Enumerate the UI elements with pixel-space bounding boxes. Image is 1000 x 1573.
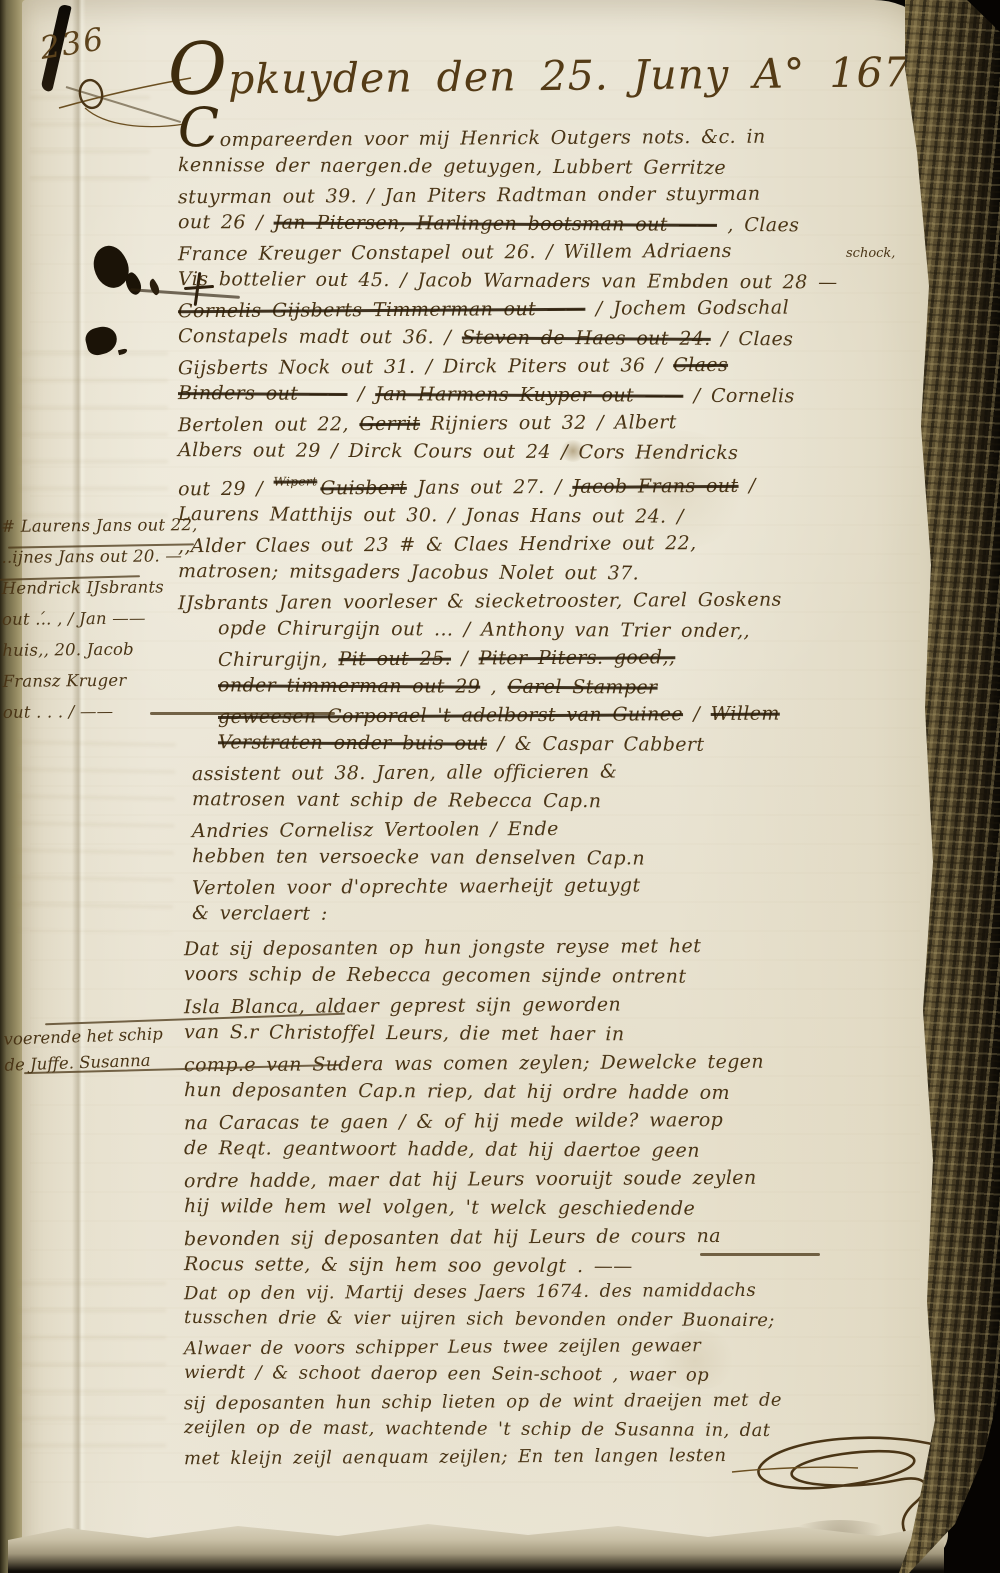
manuscript-text: met kleijn zeijl aenquam zeijlen; En ten… xyxy=(184,1445,727,1469)
manuscript-line: Binders out —— / Jan Harmens Kuyper out … xyxy=(178,379,918,411)
manuscript-text: Andries Cornelisz Vertoolen / Ende xyxy=(192,818,559,842)
manuscript-line: Dat op den vij. Martij deses Jaers 1674.… xyxy=(184,1276,940,1308)
deed-heading: Opkuyden den 25. Juny A° 1674. xyxy=(168,48,928,104)
manuscript-text: de Reqt. geantwoort hadde, dat hij daert… xyxy=(184,1137,700,1162)
margin-note: huis,, 20. Jacob xyxy=(2,633,199,666)
manuscript-text: hij wilde hem wel volgen, 't welck gesch… xyxy=(184,1195,695,1220)
manuscript-line: assistent out 38. Jaren, alle officieren… xyxy=(178,756,918,789)
manuscript-text: Constapels madt out 36. / xyxy=(178,325,462,348)
manuscript-text: Laurens Matthijs out 30. / Jonas Hans ou… xyxy=(178,503,684,528)
manuscript-text: zeijlen op de mast, wachtende 't schip d… xyxy=(184,1417,771,1441)
manuscript-text: / xyxy=(451,647,479,669)
struck-text: Pit out 25. xyxy=(338,648,451,671)
manuscript-text: / xyxy=(738,475,755,497)
manuscript-text: Isla Blanca, aldaer geprest sijn geworde… xyxy=(184,994,621,1019)
manuscript-text: Chirurgijn, xyxy=(218,648,339,671)
manuscript-line: opde Chirurgijn out ... / Anthony van Tr… xyxy=(178,614,918,646)
struck-text: Jan Pitersen, Harlingen bootsman out —— xyxy=(274,211,718,235)
manuscript-text: / & Caspar Cabbert xyxy=(487,732,705,755)
struck-text: Verstraten onder buis out xyxy=(218,731,487,754)
manuscript-line: bevonden sij deposanten dat hij Leurs de… xyxy=(184,1221,924,1255)
manuscript-line: Compareerden voor mij Henrick Outgers no… xyxy=(178,122,918,155)
manuscript-line: hij wilde hem wel volgen, 't welck gesch… xyxy=(184,1192,924,1225)
struck-text: Binders out —— xyxy=(178,382,348,405)
struck-text: Steven de Haes out 24. xyxy=(462,326,711,349)
manuscript-line: voors schip de Rebecca gecomen sijnde on… xyxy=(184,960,924,993)
manuscript-line: Andries Cornelisz Vertoolen / Ende xyxy=(178,813,918,846)
manuscript-line: onder timmerman out 29 , Carel Stamper xyxy=(178,671,918,703)
manuscript-line: Chirurgijn, Pit out 25. / Piter Piters. … xyxy=(178,642,918,675)
manuscript-text: stuyrman out 39. / Jan Piters Radtman on… xyxy=(178,183,761,209)
ink-show-through xyxy=(18,352,168,532)
manuscript-line: France Kreuger Constapel out 26. / Wille… xyxy=(178,236,918,269)
manuscript-line: wierdt / & schoot daerop een Sein-schoot… xyxy=(184,1359,940,1390)
struck-text: Gerrit xyxy=(359,413,420,435)
manuscript-text: Vis bottelier out 45. / Jacob Warnaders … xyxy=(178,268,838,293)
manuscript-line: out 26 / Jan Pitersen, Harlingen bootsma… xyxy=(178,208,918,240)
interlinear-insertion: schock, xyxy=(846,246,895,261)
paragraph-attestation: Compareerden voor mij Henrick Outgers no… xyxy=(178,124,918,929)
manuscript-text: wierdt / & schoot daerop een Sein-schoot… xyxy=(184,1362,709,1386)
manuscript-text: hebben ten versoecke van denselven Cap.n xyxy=(192,845,645,869)
manuscript-text: bevonden sij deposanten dat hij Leurs de… xyxy=(184,1225,721,1250)
manuscript-text: Rijniers out 32 / Albert xyxy=(420,411,677,435)
manuscript-text: comp.e van Sudera was comen zeylen; Dewe… xyxy=(184,1051,764,1077)
paragraph-deposition-1: Dat sij deposanten op hun jongste reyse … xyxy=(184,933,924,1281)
manuscript-line: matrosen; mitsgaders Jacobus Nolet out 3… xyxy=(178,557,918,589)
manuscript-text: hun deposanten Cap.n riep, dat hij ordre… xyxy=(184,1079,730,1104)
manuscript-line: ordre hadde, maer dat hij Leurs vooruijt… xyxy=(184,1163,924,1197)
manuscript-text: Albers out 29 / Dirck Cours out 24 / Cor… xyxy=(178,439,738,464)
manuscript-text: Alwaer de voors schipper Leus twee zeijl… xyxy=(184,1335,701,1359)
struck-text: Piter Piters. goed,, xyxy=(479,646,676,669)
manuscript-text: assistent out 38. Jaren, alle officieren… xyxy=(192,761,617,786)
manuscript-scan: 236 Opkuyden den 25. Juny A° 1674. Compa… xyxy=(0,0,1000,1573)
manuscript-text: voors schip de Rebecca gecomen sijnde on… xyxy=(184,963,686,988)
manuscript-text: ,,Alder Claes out 23 # & Claes Hendrixe … xyxy=(178,532,697,557)
margin-dash xyxy=(150,712,335,715)
ink-show-through xyxy=(16,1282,166,1452)
manuscript-text: matrosen vant schip de Rebecca Cap.n xyxy=(192,788,602,812)
manuscript-text: matrosen; mitsgaders Jacobus Nolet out 3… xyxy=(178,560,639,584)
struck-text: Carel Stamper xyxy=(508,675,658,698)
manuscript-text: out 29 / xyxy=(178,478,274,501)
manuscript-text: / Claes xyxy=(711,327,794,349)
manuscript-line: Vertolen voor d'oprechte waerheijt getuy… xyxy=(178,870,918,903)
manuscript-line: Alwaer de voors schipper Leus twee zeijl… xyxy=(184,1331,940,1363)
struck-text: Jan Harmens Kuyper out —— xyxy=(375,383,683,407)
manuscript-line: de Reqt. geantwoort hadde, dat hij daert… xyxy=(184,1134,924,1167)
manuscript-line: na Caracas te gaen / & of hij mede wilde… xyxy=(184,1105,924,1139)
manuscript-text: Compareerden voor mij Henrick Outgers no… xyxy=(178,126,766,152)
manuscript-text: , xyxy=(480,675,507,697)
manuscript-line: Laurens Matthijs out 30. / Jonas Hans ou… xyxy=(178,500,918,532)
manuscript-text: Dat op den vij. Martij deses Jaers 1674.… xyxy=(184,1280,756,1304)
manuscript-line: & verclaert : xyxy=(178,899,918,931)
manuscript-text: Dat sij deposanten op hun jongste reyse … xyxy=(184,935,701,960)
manuscript-text: na Caracas te gaen / & of hij mede wilde… xyxy=(184,1109,723,1134)
paragraph-end-dash xyxy=(700,1253,820,1256)
manuscript-text: & verclaert : xyxy=(192,902,328,925)
manuscript-text: , Claes xyxy=(717,213,799,235)
manuscript-line: Dat sij deposanten op hun jongste reyse … xyxy=(184,931,924,965)
manuscript-line: ,,Alder Claes out 23 # & Claes Hendrixe … xyxy=(178,528,918,561)
manuscript-text: tusschen drie & vier uijren sich bevonde… xyxy=(184,1307,775,1331)
manuscript-text: sij deposanten hun schip lieten op de wi… xyxy=(184,1390,782,1415)
manuscript-text: / xyxy=(683,703,711,725)
margin-note: Fransz Kruger xyxy=(2,664,199,697)
manuscript-line: matrosen vant schip de Rebecca Cap.n xyxy=(178,785,918,817)
manuscript-line: stuyrman out 39. / Jan Piters Radtman on… xyxy=(178,179,918,212)
manuscript-line: Gijsberts Nock out 31. / Dirck Piters ou… xyxy=(178,350,918,383)
struck-text: Claes xyxy=(673,354,728,376)
struck-text: onder timmerman out 29 xyxy=(218,674,480,697)
manuscript-line: comp.e van Sudera was comen zeylen; Dewe… xyxy=(184,1047,924,1081)
manuscript-text: out 26 / xyxy=(178,211,274,234)
manuscript-line: hun deposanten Cap.n riep, dat hij ordre… xyxy=(184,1076,924,1109)
manuscript-line: Bertolen out 22, Gerrit Rijniers out 32 … xyxy=(178,407,918,440)
manuscript-text: Rocus sette, & sijn hem soo gevolgt . —— xyxy=(184,1253,633,1277)
manuscript-text: van S.r Christoffel Leurs, die met haer … xyxy=(184,1021,625,1045)
manuscript-line: Isla Blanca, aldaer geprest sijn geworde… xyxy=(184,989,924,1023)
struck-text: Jacob Frans out xyxy=(572,475,738,498)
manuscript-line: kennisse der naergen.de getuygen, Lubber… xyxy=(178,151,918,183)
ink-show-through xyxy=(12,741,175,934)
manuscript-text: kennisse der naergen.de getuygen, Lubber… xyxy=(178,154,726,179)
manuscript-line: IJsbrants Jaren voorleser & siecketroost… xyxy=(178,585,918,618)
manuscript-text: / Jochem Godschal xyxy=(585,297,789,320)
manuscript-line: Albers out 29 / Dirck Cours out 24 / Cor… xyxy=(178,436,918,468)
manuscript-line: geweesen Corporael 't adelborst van Guin… xyxy=(178,699,918,732)
manuscript-line: out 29 / WipertGuisbert Jans out 27. / J… xyxy=(178,464,918,504)
margin-notes: # Laurens Jans out 22, ..ijnes Jans out … xyxy=(1,509,199,728)
manuscript-text: opde Chirurgijn out ... / Anthony van Tr… xyxy=(218,617,750,642)
struck-text: Willem xyxy=(711,703,780,725)
manuscript-text: Vertolen voor d'oprechte waerheijt getuy… xyxy=(192,874,641,899)
margin-note: # Laurens Jans out 22, xyxy=(1,509,198,542)
manuscript-line: Constapels madt out 36. / Steven de Haes… xyxy=(178,322,918,354)
struck-text: Wipert xyxy=(274,474,318,488)
struck-text: geweesen Corporael 't adelborst van Guin… xyxy=(218,703,683,728)
manuscript-line: Cornelis Gijsberts Timmerman out —— / Jo… xyxy=(178,293,918,326)
manuscript-text: Bertolen out 22, xyxy=(178,413,360,436)
manuscript-text: Gijsberts Nock out 31. / Dirck Piters ou… xyxy=(178,354,673,379)
manuscript-text: IJsbrants Jaren voorleser & siecketroost… xyxy=(178,589,782,615)
manuscript-text: France Kreuger Constapel out 26. / Wille… xyxy=(178,240,732,265)
manuscript-text: Jans out 27. / xyxy=(407,476,573,499)
manuscript-line: tusschen drie & vier uijren sich bevonde… xyxy=(184,1304,940,1335)
manuscript-line: Vis bottelier out 45. / Jacob Warnaders … xyxy=(178,265,918,297)
manuscript-text: / Cornelis xyxy=(683,384,794,407)
manuscript-line: hebben ten versoecke van denselven Cap.n xyxy=(178,842,918,874)
manuscript-text: / xyxy=(347,382,375,404)
margin-note: out ..́. , / Jan —— xyxy=(2,602,199,635)
manuscript-line: van S.r Christoffel Leurs, die met haer … xyxy=(184,1018,924,1051)
manuscript-line: sij deposanten hun schip lieten op de wi… xyxy=(184,1386,940,1418)
struck-text: Cornelis Gijsberts Timmerman out —— xyxy=(178,298,586,322)
manuscript-line: Verstraten onder buis out / & Caspar Cab… xyxy=(178,728,918,760)
manuscript-text: ordre hadde, maer dat hij Leurs vooruijt… xyxy=(184,1167,757,1192)
struck-text: Guisbert xyxy=(320,477,407,500)
